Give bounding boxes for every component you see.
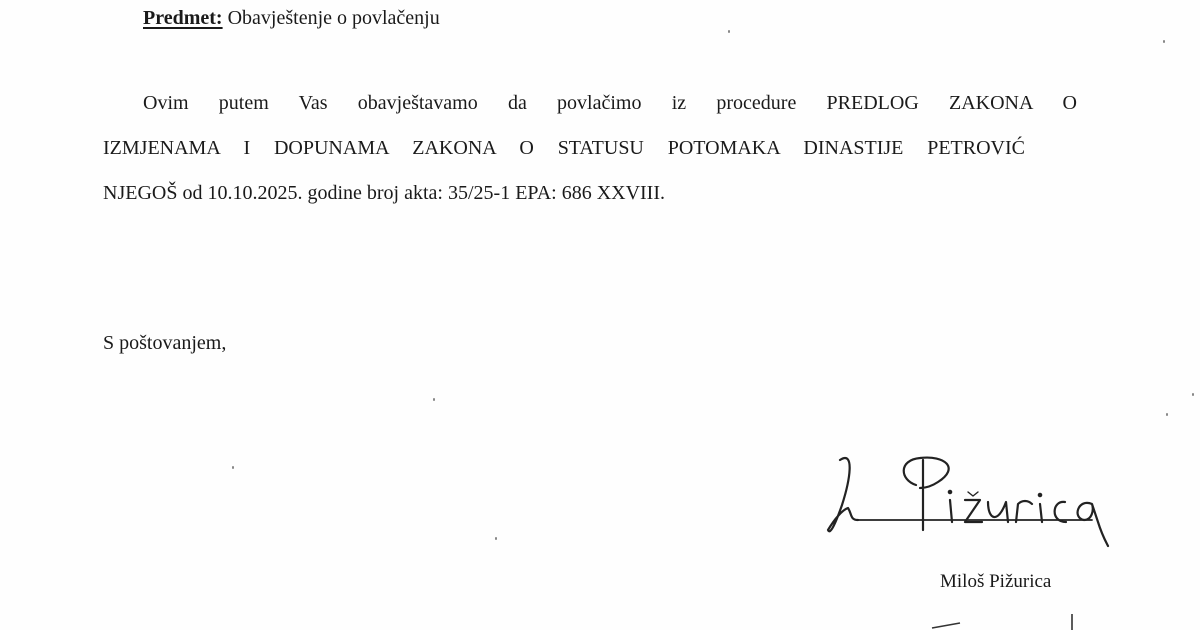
body-text-line-2: IZMJENAMA I DOPUNAMA ZAKONA O STATUSU PO… bbox=[103, 136, 1025, 160]
body-text-line-3: NJEGOŠ od 10.10.2025. godine broj akta: … bbox=[103, 181, 665, 205]
signer-name: Miloš Pižurica bbox=[940, 570, 1051, 594]
stamp-fragment bbox=[930, 612, 1080, 630]
subject-line: Predmet: Obavještenje o povlačenju bbox=[143, 6, 440, 30]
scan-speck bbox=[495, 537, 497, 540]
scan-speck bbox=[1166, 413, 1168, 416]
scan-speck bbox=[1192, 393, 1194, 396]
subject-text: Obavještenje o povlačenju bbox=[223, 7, 440, 29]
closing-salutation: S poštovanjem, bbox=[103, 331, 226, 355]
scan-speck bbox=[1163, 40, 1165, 43]
scan-speck bbox=[728, 30, 730, 33]
handwritten-signature bbox=[820, 440, 1120, 550]
subject-label: Predmet: bbox=[143, 7, 223, 29]
body-text-line-1: Ovim putem Vas obavještavamo da povlačim… bbox=[143, 91, 1077, 115]
scanned-document-page: Predmet: Obavještenje o povlačenju Ovim … bbox=[0, 0, 1200, 630]
scan-speck bbox=[232, 466, 234, 469]
scan-speck bbox=[433, 398, 435, 401]
